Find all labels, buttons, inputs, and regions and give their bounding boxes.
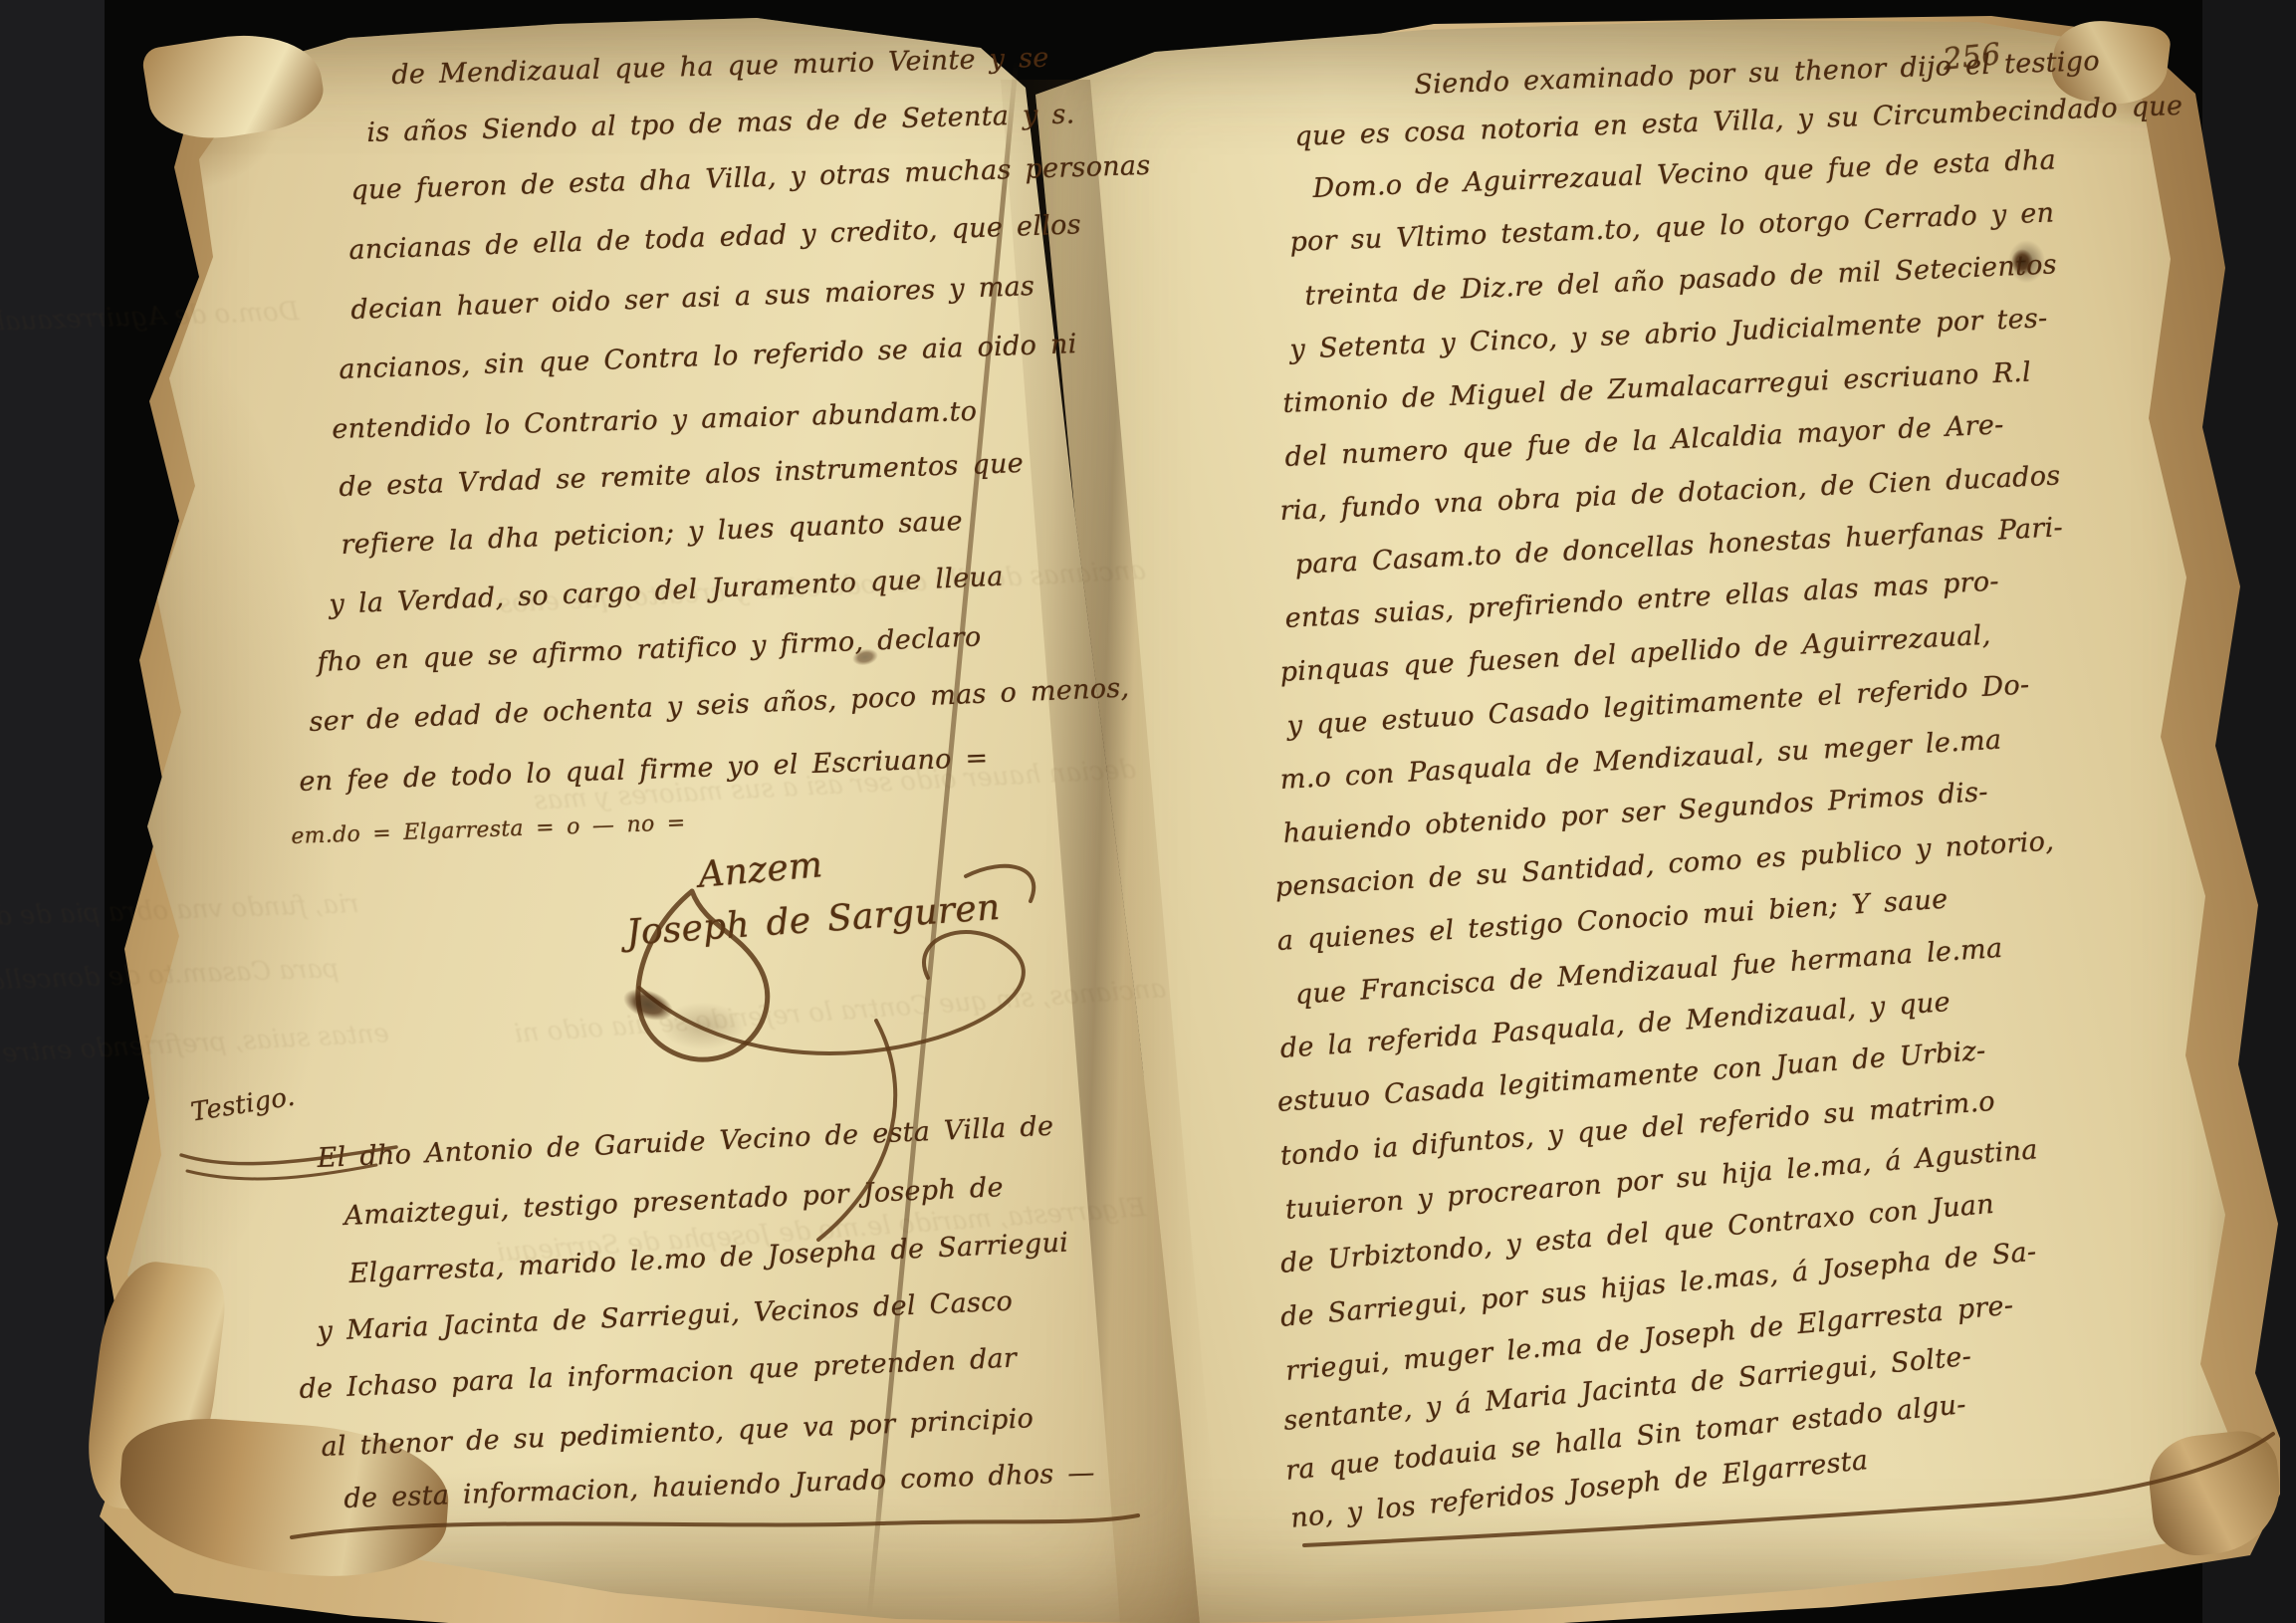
ink-blot [2011, 249, 2033, 275]
end-of-text-rule-right [1289, 1414, 2290, 1573]
signature-rubric-flourish [577, 816, 1095, 1255]
end-of-text-rule-left [284, 1492, 1150, 1555]
manuscript-photo: ria, fundo vna obra pia de dotacion, de … [0, 0, 2296, 1623]
scanner-strip-left [0, 0, 105, 1623]
margin-note-underline-flourish [171, 1137, 410, 1193]
